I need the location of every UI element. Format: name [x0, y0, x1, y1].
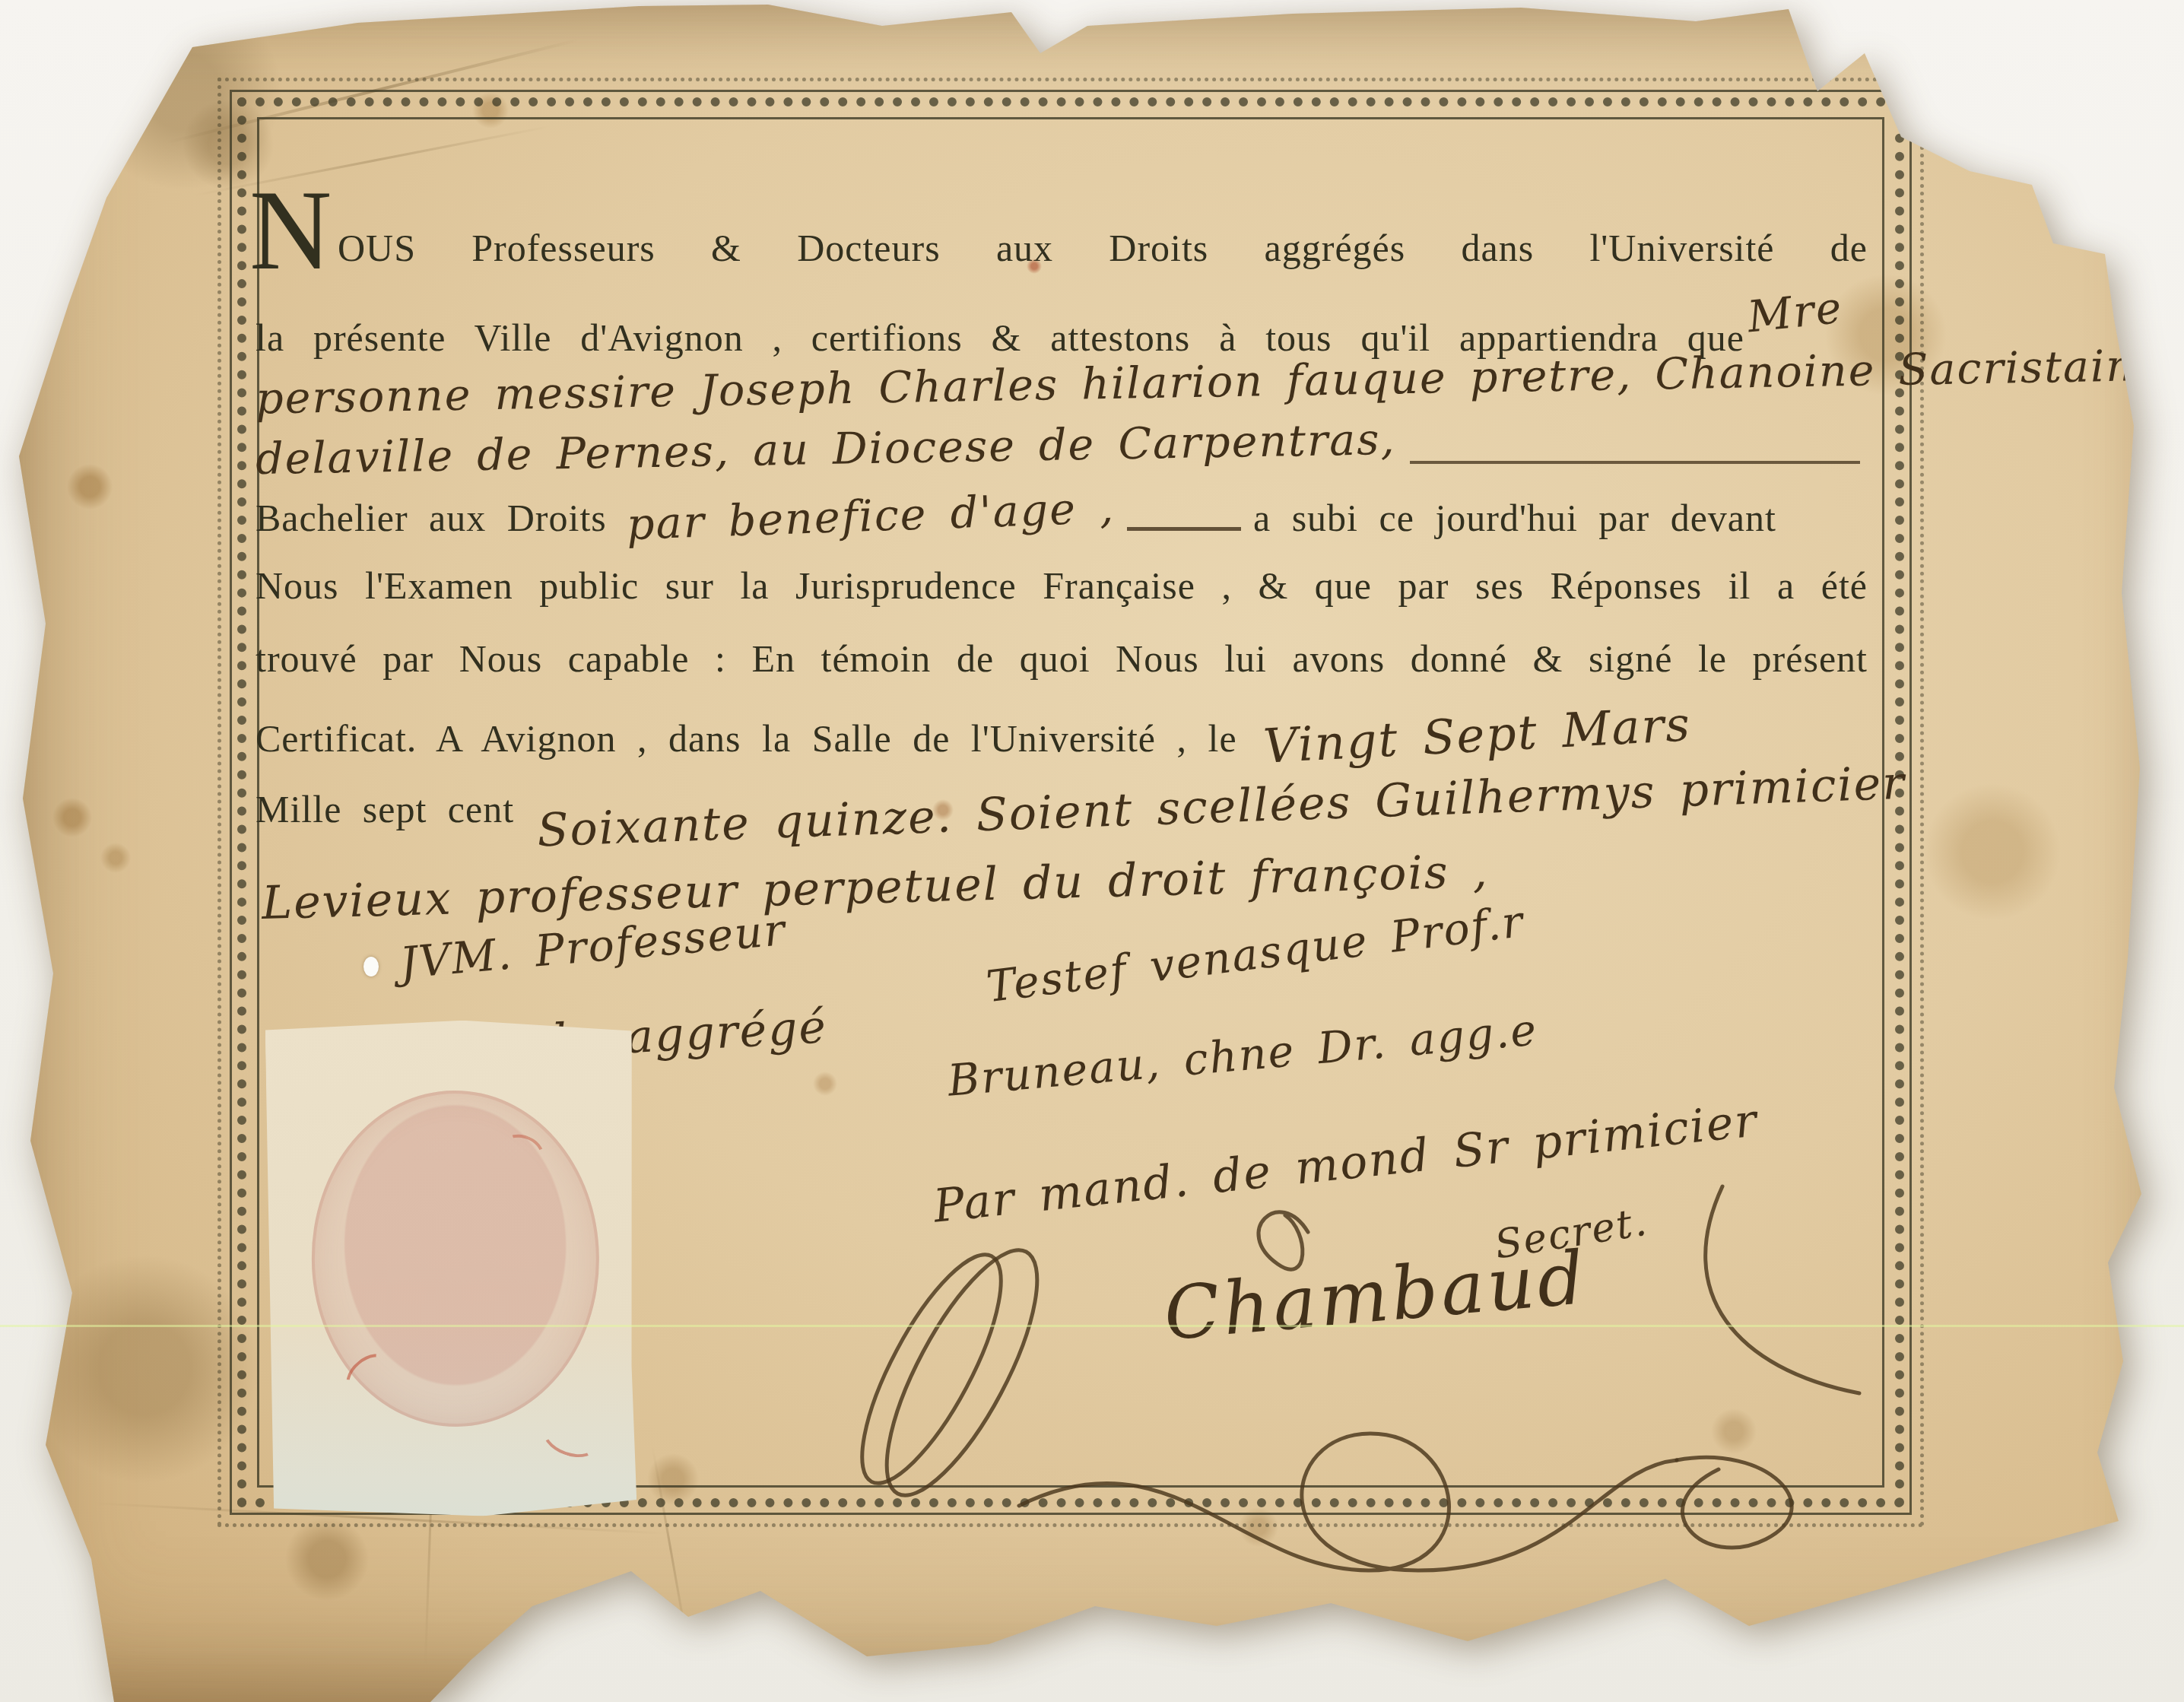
punch-hole — [363, 957, 379, 976]
printed-bachelier: Bachelier aux Droits — [256, 498, 607, 538]
ink-rule-line — [1410, 461, 1860, 464]
printed-a-subi: a subi ce jourd'hui par devant — [1253, 498, 1776, 538]
fold-crease — [166, 38, 579, 144]
signature-bruneau: Bruneau, chne Dr. agg.e — [946, 1005, 1540, 1107]
handwritten-line-4: delaville de Pernes, au Diocese de Carpe… — [256, 427, 1868, 473]
handwritten-town-line: delaville de Pernes, au Diocese de Carpe… — [256, 418, 1396, 483]
handwritten-benefice: par benefice d'age , — [626, 486, 1116, 548]
fold-crease — [652, 1446, 690, 1649]
printed-mille-sept-cent: Mille sept cent — [256, 789, 514, 830]
fold-crease — [193, 125, 552, 197]
signature-chambaud: Chambaud — [1160, 1235, 1590, 1357]
handwritten-date-day-month: Vingt Sept Mars — [1262, 699, 1692, 770]
seal-red-fleck — [537, 1408, 606, 1465]
printed-certificat-avignon: Certificat. A Avignon , dans la Salle de… — [256, 719, 1237, 759]
ink-dash-filler — [2146, 394, 2184, 397]
handwritten-line-3: personne messire Joseph Charles hilarion… — [256, 360, 1868, 408]
signature-teste-venasque: Testef venasque Prof.r — [984, 897, 1527, 1012]
mixed-line-8: Certificat. A Avignon , dans la Salle de… — [256, 710, 1868, 760]
handwritten-levieux-line: Levieux professeur perpetuel du droit fr… — [261, 845, 1489, 930]
seal-red-fleck — [496, 1128, 550, 1176]
document-paper: N OUS Professeurs & Docteurs aux Droits … — [0, 0, 2184, 1702]
seal-backing-paper — [265, 1018, 637, 1518]
seal-red-fleck — [338, 1345, 401, 1407]
printed-line-7: trouvé par Nous capable : En témoin de q… — [256, 639, 1868, 679]
paper-wrapper: N OUS Professeurs & Docteurs aux Droits … — [0, 0, 2184, 1702]
printed-line-1: OUS Professeurs & Docteurs aux Droits ag… — [338, 228, 1868, 268]
scan-background: N OUS Professeurs & Docteurs aux Droits … — [0, 0, 2184, 1702]
ink-dash-short — [1127, 527, 1241, 531]
handwritten-year-and-seal-note: Soixante quinze. Soient scellées Guilher… — [537, 760, 1906, 856]
wax-seal-impression — [310, 1089, 602, 1428]
handwritten-messire-abbrev: Mre — [1745, 283, 1846, 343]
mixed-line-5: Bachelier aux Droits par benefice d'age … — [256, 494, 1868, 541]
mixed-line-9: Mille sept cent Soixante quinze. Soient … — [256, 783, 1868, 831]
printed-line-6: Nous l'Examen public sur la Jurisprudenc… — [256, 566, 1868, 606]
drop-cap-N: N — [249, 173, 333, 287]
